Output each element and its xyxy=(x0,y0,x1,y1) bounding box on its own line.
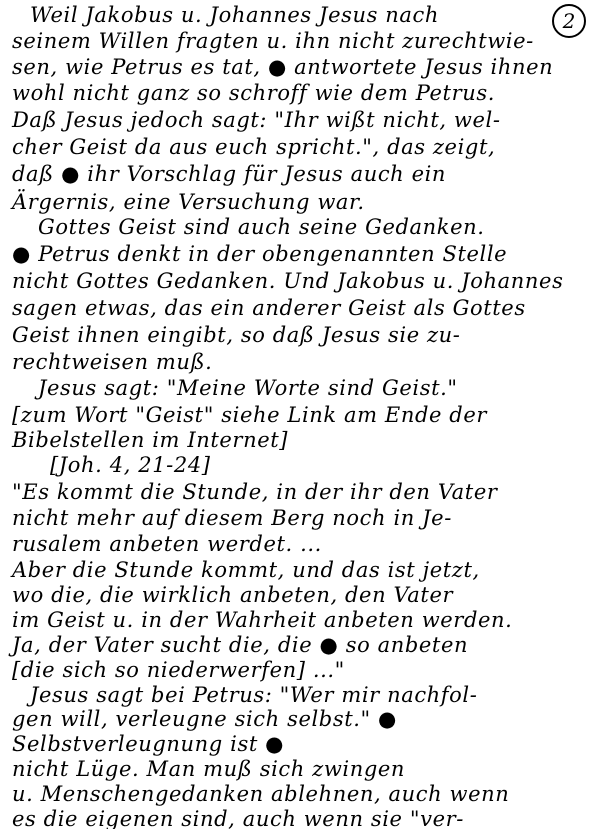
handwritten-line: Gottes Geist sind auch seine Gedanken. xyxy=(38,214,485,240)
handwritten-line: nicht Gottes Gedanken. Und Jakobus u. Jo… xyxy=(12,268,563,294)
handwritten-line: "Es kommt die Stunde, in der ihr den Vat… xyxy=(12,479,498,505)
handwritten-line: daß ● ihr Vorschlag für Jesus auch ein xyxy=(12,161,446,187)
handwritten-line: Bibelstellen im Internet] xyxy=(12,427,288,453)
handwritten-line: sagen etwas, das ein anderer Geist als G… xyxy=(12,295,526,321)
handwritten-line: u. Menschengedanken ablehnen, auch wenn xyxy=(12,781,509,807)
handwritten-line: [Joh. 4, 21-24] xyxy=(50,452,211,478)
handwritten-line: [die sich so niederwerfen] ..." xyxy=(12,657,345,683)
handwritten-line: nicht Lüge. Man muß sich zwingen xyxy=(12,756,405,782)
handwritten-line: cher Geist da aus euch spricht.", das ze… xyxy=(12,134,495,160)
handwritten-line: Ja, der Vater sucht die, die ● so anbete… xyxy=(12,632,468,658)
handwritten-line: sen, wie Petrus es tat, ● antwortete Jes… xyxy=(12,54,553,80)
handwritten-line: ● Petrus denkt in der obengenannten Stel… xyxy=(12,241,507,267)
handwritten-line: rechtweisen muß. xyxy=(12,349,212,375)
handwritten-line: Daß Jesus jedoch sagt: "Ihr wißt nicht, … xyxy=(12,107,501,133)
page-number-circle: 2 xyxy=(552,4,586,38)
handwritten-line: Ärgernis, eine Versuchung war. xyxy=(12,189,365,215)
handwritten-line: seinem Willen fragten u. ihn nicht zurec… xyxy=(12,28,534,54)
handwritten-line: Geist ihnen eingibt, so daß Jesus sie zu… xyxy=(12,322,461,348)
handwritten-line: [zum Wort "Geist" siehe Link am Ende der xyxy=(12,402,487,428)
handwritten-line: Selbstverleugnung ist ● xyxy=(12,731,284,757)
handwritten-line: gen will, verleugne sich selbst." ● xyxy=(12,706,397,732)
handwritten-line: wo die, die wirklich anbeten, den Vater xyxy=(12,582,453,608)
handwritten-line: Jesus sagt: "Meine Worte sind Geist." xyxy=(38,375,458,401)
handwritten-line: Aber die Stunde kommt, und das ist jetzt… xyxy=(12,557,480,583)
handwritten-line: Weil Jakobus u. Johannes Jesus nach xyxy=(30,2,439,28)
handwritten-line: nicht mehr auf diesem Berg noch in Je- xyxy=(12,505,452,531)
handwritten-line: wohl nicht ganz so schroff wie dem Petru… xyxy=(12,80,495,106)
handwritten-line: es die eigenen sind, auch wenn sie "ver- xyxy=(12,806,464,829)
handwritten-line: im Geist u. in der Wahrheit anbeten werd… xyxy=(12,607,512,633)
handwritten-line: Jesus sagt bei Petrus: "Wer mir nachfol- xyxy=(30,682,477,708)
handwritten-page: 2 Weil Jakobus u. Johannes Jesus nachsei… xyxy=(0,0,608,829)
handwritten-line: rusalem anbeten werdet. ... xyxy=(12,531,322,557)
